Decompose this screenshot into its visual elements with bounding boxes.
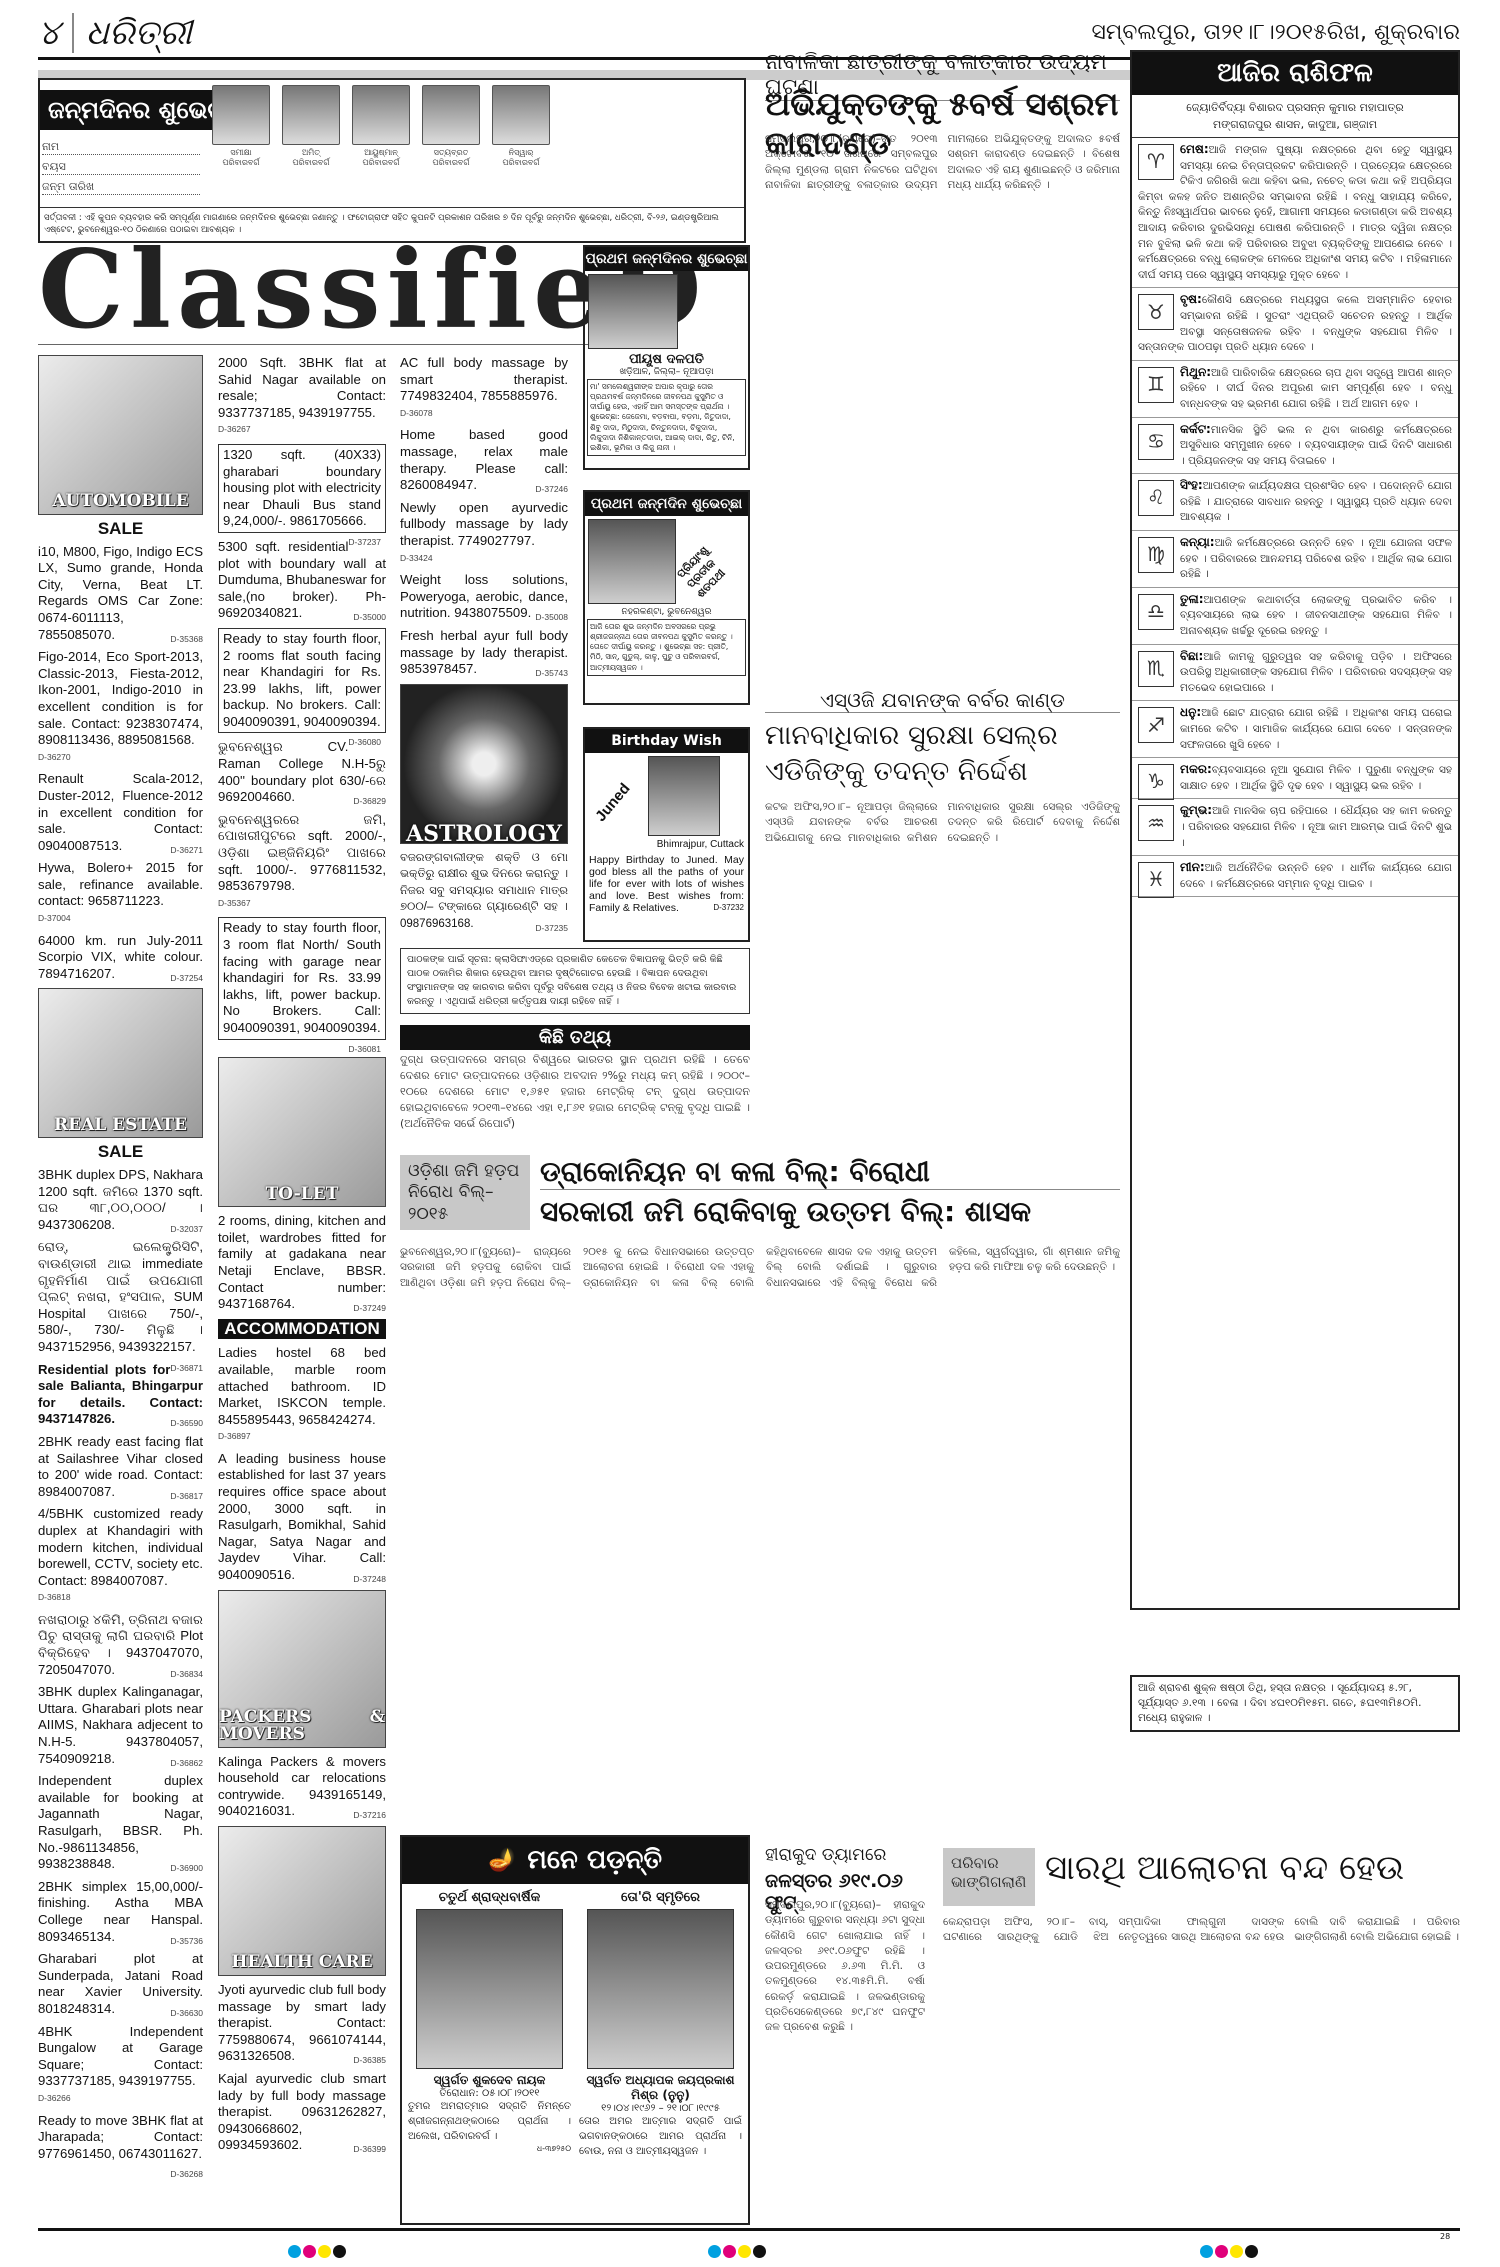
classified-ad-boxed: Ready to stay fourth floor, 3 room flat … [218,917,386,1039]
ad-code: D-36267 [218,421,386,438]
ad-code: ଧ-୩୭୨୫୦ [408,2144,571,2154]
classified-ad: 3BHK duplex DPS, Nakhara 1200 sqft. ଜମିର… [38,1167,203,1233]
automobile-label: AUTOMOBILE [52,493,188,510]
birthday-wish-juned: Birthday Wish Juned Bhimrajpur, Cuttack … [583,727,750,942]
classified-ad: A leading business house established for… [218,1451,386,1584]
obituary-right: ତୋ'ରି ସ୍ମୃତିରେ ସ୍ୱର୍ଗତ ଅଧ୍ୟାପକ ଜୟପ୍ରକାଶ … [579,1890,742,2159]
obituary-date: ତିରୋଧାନ: ୦୫।୦୮।୨୦୧୧ [408,2088,571,2099]
libra-icon: ♎ [1138,594,1174,630]
rashi-name: କର୍କଟ: [1180,422,1211,436]
obituary-band: 🪔ମନେ ପଡ଼ନ୍ତି [402,1837,748,1884]
ad-code: D-35000 [353,609,386,626]
classified-ad: 4BHK Independent Bungalow at Garage Squa… [38,2024,203,2107]
kid-photo [492,85,550,145]
kid-name: ଆୟୁଷ୍ମାନ୍ [352,148,410,158]
kid-photo [282,85,340,145]
rashi-entry-scorpio: ♏ବିଛା:ଆଜି କାମକୁ ଗୁରୁତ୍ୱର ସହ କରିବାକୁ ପଡ଼ି… [1132,645,1458,702]
coupon-field-age: ବୟସ [42,160,200,175]
story2-kicker: ଏସ୍‌ଓଜି ଯବାନଙ୍କ ବର୍ବର କାଣ୍ଡ [765,688,1120,713]
ad-text: Ready to stay fourth floor, 3 room flat … [223,920,381,1035]
classified-ad: Figo-2014, Eco Sport-2013, Classic-2013,… [38,649,203,765]
kid-photo-card: ନିସ୍ୱାର୍ପରିବାରବର୍ଗ [492,85,550,168]
ad-text: Kajal ayurvedic club smart lady by full … [218,2071,386,2152]
kid-family: ପରିବାରବର୍ଗ [282,158,340,168]
cyan-dot-icon [288,2245,301,2258]
classified-column-3: AC full body massage by smart therapist.… [400,355,568,939]
classified-ad-boxed: Ready to stay fourth floor, 2 rooms flat… [218,628,386,734]
classified-ad: Independent duplex available for booking… [38,1773,203,1873]
story5-headline: ସାରଥି ଆଲୋଚନା ବନ୍ଦ ହେଉ [1045,1848,1465,1888]
wish-title: ପ୍ରଥମ ଜନ୍ମଦିନ ଶୁଭେଚ୍ଛା [585,492,748,516]
obituary-heading: ଚତୁର୍ଥ ଶ୍ରାଦ୍ଧବାର୍ଷିକ [408,1890,571,1905]
ad-code: D-36818 [38,1589,203,1606]
classified-ad: ବଜରଙ୍ଗବାଲୀଙ୍କ ଶକ୍ତି ଓ ମୋ ଭକ୍ତିରୁ ରାକ୍ଷୀର… [400,850,568,933]
cancer-icon: ♋ [1138,424,1174,460]
cmyk-registration-marks [1200,2245,1258,2258]
realestate-category-image: REAL ESTATE [38,988,203,1138]
classified-ad: AC full body massage by smart therapist.… [400,355,568,421]
rashi-name: ମକର: [1180,762,1212,776]
rashi-entry-leo: ♌ସିଂହ:ଆପଣଙ୍କ କାର୍ଯ୍ୟଦକ୍ଷତା ପ୍ରଶଂସିତ ହେବ … [1132,474,1458,531]
classified-ad: 2000 Sqft. 3BHK flat at Sahid Nagar avai… [218,355,386,438]
ad-text: A leading business house established for… [218,1451,386,1582]
ad-text: ଭୁବନେଶ୍ୱରରେ ଜମି, ପୋଖରୀପୁଟରେ sqft. 2000/-… [218,812,386,893]
rashi-text: ଆଜି ମଙ୍ଗଳ ପୁଷ୍ୟା ନକ୍ଷତ୍ରରେ ଥିବା ହେତୁ ସ୍ୱ… [1138,144,1452,281]
ad-text: 2000 Sqft. 3BHK flat at Sahid Nagar avai… [218,355,386,420]
rashi-name: କନ୍ୟା: [1180,535,1215,549]
ad-code: D-36829 [353,793,386,810]
classified-ad-boxed: 1320 sqft. (40X33) gharabari boundary ho… [218,444,386,533]
ad-text: i10, M800, Figo, Indigo ECS LX, Sumo gra… [38,544,203,642]
paper-name: ଧରିତ୍ରୀ [72,13,192,53]
wish-title: Birthday Wish [585,729,748,753]
kid-family: ପରିବାରବର୍ଗ [422,158,480,168]
rashi-entry-capricorn: ♑ମକର:ବ୍ୟବସାୟରେ ନୂଆ ସୁଯୋଗ ମିଳିବ । ପୁରୁଣା … [1132,758,1458,799]
aquarius-icon: ♒ [1138,805,1174,841]
ad-code: D-33424 [400,550,568,567]
first-birthday-wish-2: ପ୍ରଥମ ଜନ୍ମଦିନ ଶୁଭେଚ୍ଛା ପ୍ରିୟାଂଶୁ ପ୍ରତୀକ … [583,490,750,705]
ad-code: D-37004 [38,910,203,927]
magenta-dot-icon [1215,2245,1228,2258]
virgo-icon: ♍ [1138,537,1174,573]
ad-text: Independent duplex available for booking… [38,1773,203,1871]
yellow-dot-icon [318,2245,331,2258]
ad-code: D-35736 [170,1933,203,1950]
ad-code: D-35743 [535,665,568,682]
kid-photo-card: ସତ୍ୟବ୍ରତପରିବାରବର୍ଗ [422,85,480,168]
automobile-category-image: AUTOMOBILE [38,355,203,515]
packers-label: PACKERS & MOVERS [219,1709,385,1742]
birthday-coupon: ଜନ୍ମଦିନର ଶୁଭେଚ୍ଛା ନାମ ବୟସ ଜନ୍ମ ତାରିଖ ସମୀ… [38,78,746,243]
ad-code: D-36268 [170,2166,203,2183]
ad-code: D-37216 [353,1807,386,1824]
rashi-entry-gemini: ♊ମିଥୁନ:ଆଜି ପାରିବାରିକ କ୍ଷେତ୍ରରେ ଚାପ ଥିବା … [1132,361,1458,418]
rashi-entry-cancer: ♋କର୍କଟ:ମାନସିକ ସ୍ଥିତି ଭଲ ନ ଥିବା କାରଣରୁ କର… [1132,418,1458,475]
rashi-entry-taurus: ♉ବୃଷ:କୌଣସି କ୍ଷେତ୍ରରେ ମଧ୍ୟସ୍ଥତା କଲେ ଅସମ୍ମ… [1132,288,1458,360]
classified-ad: Hywa, Bolero+ 2015 for sale, refinance a… [38,860,203,926]
first-birthday-wish-1: ପ୍ରଥମ ଜନ୍ମଦିନର ଶୁଭେଚ୍ଛା ପୀୟୂଷ ଦଳପତି ଖଡ଼ି… [583,245,750,470]
story5-tag: ପରିବାର ଭାଙ୍ଗିଗଲାଣି [943,1848,1035,1906]
rashi-text: ଆଜି ଅର୍ଥନୈତିକ ଉନ୍ନତି ହେବ । ଧାର୍ମିକ କାର୍ଯ… [1180,862,1452,890]
reader-notice: ପାଠକଙ୍କ ପାଇଁ ସୂଚନା: କ୍ଲାସିଫାଏଡ୍‌ରେ ପ୍ରକା… [400,948,750,1014]
story3-headline-1: ଡ୍ରାକୋନିୟନ ବା କଳା ବିଲ୍: ବିରୋଧୀ [540,1155,1120,1190]
wish-message: ମା' ସମଲେଶ୍ୱରୀଙ୍କ ଅପାର କୃପାରୁ ତୋର ପ୍ରଥମବର… [587,379,746,456]
obituary-message: ତୁମର ଅମରାତ୍ମାର ସଦ୍‌ଗତି ନିମନ୍ତେ ଶ୍ରୀଜଗନ୍ନ… [408,2099,571,2144]
ad-text: 1320 sqft. (40X33) gharabari boundary ho… [223,447,381,528]
rashifal-title: ଆଜିର ରାଶିଫଳ [1132,52,1458,95]
rashi-entry-libra: ♎ତୁଳା:ଆପଣଙ୍କ କଥାବାର୍ତ୍ତା ଲୋକଙ୍କୁ ପ୍ରଭାବି… [1132,588,1458,645]
panchanga-box: ଆଜି ଶ୍ରାବଣ ଶୁକ୍ଳ ଷଷ୍ଠୀ ତିଥି, ହସ୍ତା ନକ୍ଷତ… [1130,1675,1460,1732]
ad-text: Ladies hostel 68 bed available, marble r… [218,1345,386,1426]
leo-icon: ♌ [1138,480,1174,516]
wish-message: ଆଜି ତୋର ଶୁଭ ଜନ୍ମଦିନ ଅବସରରେ ପ୍ରଭୁ ଶ୍ରୀଜଗନ… [587,619,746,676]
classified-ad: Home based good massage, relax male ther… [400,427,568,493]
obituary-photo [587,1909,734,2069]
wish-title: ପ୍ରଥମ ଜନ୍ମଦିନର ଶୁଭେଚ୍ଛା [585,247,748,271]
obituary-date: ୧୨।୦୪।୧୯୬୨ – ୨୧।୦୮।୧୯୯୫ [579,2103,742,2114]
classified-ad: Renault Scala-2012, Duster-2012, Fluence… [38,771,203,854]
ad-code: D-36399 [353,2141,386,2158]
facts-title: କିଛି ତଥ୍ୟ [400,1025,750,1050]
ad-text: AC full body massage by smart therapist.… [400,355,568,403]
scorpio-icon: ♏ [1138,651,1174,687]
classified-ad: Kalinga Packers & movers household car r… [218,1754,386,1820]
ad-code: D-35008 [535,609,568,626]
kid-photo [352,85,410,145]
rashi-name: ମେଷ: [1180,142,1209,156]
story4-body: ସମ୍ବଲପୁର,୨୦।୮(ବ୍ୟୁରୋ)– ହୀରାକୁଦ ଡ୍ୟାମରେ ଗ… [765,1898,925,2223]
ad-code: D-37237 [348,534,381,551]
classified-ad: Weight loss solutions, Poweryoga, aerobi… [400,572,568,622]
ad-text: 4/5BHK customized ready duplex at Khanda… [38,1506,203,1587]
ad-text: 2 rooms, dining, kitchen and toilet, war… [218,1213,386,1311]
ad-code: D-36266 [38,2090,203,2107]
rashi-name: ମିଥୁନ: [1180,365,1211,379]
obituary-band-title: ମନେ ପଡ଼ନ୍ତି [527,1845,662,1876]
rashi-text: ଆଜି ଛୋଟ ଯାତ୍ରାର ଯୋଗ ରହିଛି । ଅଧିକାଂଶ ସମୟ … [1180,707,1452,750]
rashi-name: ସିଂହ: [1180,478,1203,492]
obituary-section: 🪔ମନେ ପଡ଼ନ୍ତି ଚତୁର୍ଥ ଶ୍ରାଦ୍ଧବାର୍ଷିକ ସ୍ୱର୍… [400,1835,750,2225]
diya-lamp-icon: 🪔 [488,1848,515,1873]
ad-code: D-36862 [170,1755,203,1772]
classified-ad: Jyoti ayurvedic club full body massage b… [218,1982,386,2065]
rashi-entry-pisces: ♓ମୀନ:ଆଜି ଅର୍ଥନୈତିକ ଉନ୍ନତି ହେବ । ଧାର୍ମିକ … [1132,856,1458,897]
classified-ad: ରୋଡ୍, ଇଲେକ୍ଟ୍ରିସିଟି, ବାଉଣ୍ଡାରୀ ଥାଇ immed… [38,1239,203,1355]
kid-family: ପରିବାରବର୍ଗ [352,158,410,168]
ad-code: D-36078 [400,405,568,422]
rashi-text: ମାନସିକ ସ୍ଥିତି ଭଲ ନ ଥିବା କାରଣରୁ କର୍ମକ୍ଷେତ… [1180,424,1452,467]
ad-text: 4BHK Independent Bungalow at Garage Squa… [38,2024,203,2089]
story3-headline-2: ସରକାରୀ ଜମି ରୋକିବାକୁ ଉତ୍ତମ ବିଲ୍: ଶାସକ [540,1195,1120,1229]
rashi-text: ଆଜି ପାରିବାରିକ କ୍ଷେତ୍ରରେ ଚାପ ଥିବା ସତ୍ତ୍ୱେ… [1180,367,1452,410]
obituary-left: ଚତୁର୍ଥ ଶ୍ରାଦ୍ଧବାର୍ଷିକ ସ୍ୱର୍ଗତ ଶୁକଦେବ ନାୟ… [408,1890,571,2159]
black-dot-icon [333,2245,346,2258]
astrology-label: ASTROLOGY [406,826,562,843]
gemini-icon: ♊ [1138,367,1174,403]
rashi-name: ମୀନ: [1180,860,1205,874]
classified-ad: Newly open ayurvedic fullbody massage by… [400,500,568,566]
ad-code: D-36080 [348,734,381,751]
classified-ad: 64000 km. run July-2011 Scorpio VIX, whi… [38,933,203,983]
rashi-entry-aquarius: ♒କୁମ୍ଭ:ଆଜି ମାନସିକ ଚାପ ରହିପାରେ । ଧୈର୍ଯ୍ୟର… [1132,799,1458,856]
kid-name: ସମୀକ୍ଷା [212,148,270,158]
rashifal-panel: ଆଜିର ରାଶିଫଳ ଜ୍ୟୋତିର୍ବିଦ୍ୟା ବିଶାରଦ ପ୍ରସନ୍… [1130,50,1460,1610]
rashi-text: ଆଜି ମାନସିକ ଚାପ ରହିପାରେ । ଧୈର୍ଯ୍ୟର ସହ କାମ… [1180,805,1452,848]
rashi-text: ଆଜି କାମକୁ ଗୁରୁତ୍ୱର ସହ କରିବାକୁ ପଡ଼ିବ । ଅଫ… [1180,651,1452,694]
rashi-text: ଆପଣଙ୍କ କଥାବାର୍ତ୍ତା ଲୋକଙ୍କୁ ପ୍ରଭାବିତ କରିବ… [1180,594,1452,637]
astrologer-address: ମଙ୍ଗରାଜପୁର ଶାସନ, କାଦୁଆ, ଗଞ୍ଜାମ [1136,116,1454,133]
kid-photo-card: ସମୀକ୍ଷାପରିବାରବର୍ଗ [212,85,270,168]
ad-code: D-36630 [170,2005,203,2022]
ad-code: D-37235 [535,920,568,937]
classified-ad: 2 rooms, dining, kitchen and toilet, war… [218,1213,386,1313]
magenta-dot-icon [723,2245,736,2258]
black-dot-icon [753,2245,766,2258]
ad-code: D-37248 [353,1571,386,1588]
dateline: ସମ୍ବଲପୁର, ତା୨୧।୮।୨୦୧୫ରିଖ, ଶୁକ୍ରବାର [1092,20,1460,45]
classified-ad: Kajal ayurvedic club smart lady by full … [218,2071,386,2154]
classified-ad: Gharabari plot at Sunderpada, Jatani Roa… [38,1951,203,2017]
rashi-entry-sagittarius: ♐ଧନୁ:ଆଜି ଛୋଟ ଯାତ୍ରାର ଯୋଗ ରହିଛି । ଅଧିକାଂଶ… [1132,701,1458,758]
sale-heading: SALE [38,521,203,538]
packers-category-image: PACKERS & MOVERS [218,1590,386,1748]
ad-code: D-36897 [218,1428,386,1445]
classified-ad: Fresh herbal ayur full body massage by l… [400,628,568,678]
story3-tag: ଓଡ଼ିଶା ଜମି ହଡ଼ପ ନିରୋଧ ବିଲ୍–୨୦୧୫ [400,1155,530,1230]
obituary-name: ସ୍ୱର୍ଗତ ଶୁକଦେବ ନାୟକ [408,2073,571,2088]
rashi-name: ବିଛା: [1180,649,1203,663]
child-name: Juned [592,768,644,825]
ad-text: 5300 sqft. residential plot with boundar… [218,539,386,620]
ad-code: D-35367 [218,895,386,912]
coupon-field-dob: ଜନ୍ମ ତାରିଖ [42,180,200,195]
aries-icon: ♈ [1138,144,1174,180]
cmyk-registration-marks [708,2245,766,2258]
classified-column-1: AUTOMOBILE SALE i10, M800, Figo, Indigo … [38,355,203,2183]
child-place: ଖଡ଼ିଆଳ, ଜିଲ୍ଲା– ନୂଆପଡ଼ା [585,367,748,377]
kid-family: ପରିବାରବର୍ଗ [492,158,550,168]
healthcare-label: HEALTH CARE [231,1954,372,1971]
ad-text: Newly open ayurvedic fullbody massage by… [400,500,568,548]
rashi-text: ଆଜି କର୍ମକ୍ଷେତ୍ରରେ ଉନ୍ନତି ହେବ । ନୂଆ ଯୋଜନା… [1180,537,1452,580]
sagittarius-icon: ♐ [1138,707,1174,743]
astrologer-name: ଜ୍ୟୋତିର୍ବିଦ୍ୟା ବିଶାରଦ ପ୍ରସନ୍ନ କୁମାର ମହାପ… [1136,99,1454,116]
ad-code: D-36900 [170,1860,203,1877]
accommodation-heading: ACCOMMODATION [218,1319,386,1340]
classified-logo: ClassifieD [38,245,593,345]
child-photo [648,756,720,836]
kid-name: ସତ୍ୟବ୍ରତ [422,148,480,158]
ad-code: D-36590 [170,1415,203,1432]
ad-text: Renault Scala-2012, Duster-2012, Fluence… [38,771,203,852]
facts-text: ଦୁଗ୍ଧ ଉତ୍ପାଦନରେ ସମଗ୍ର ବିଶ୍ୱରେ ଭାରତର ସ୍ଥା… [400,1052,750,1137]
story5-body: କେନ୍ଦ୍ରାପଡ଼ା ଅଫିସ, ୨୦।୮– ବାସ୍, ଘଟଣାରେ ସା… [943,1915,1460,2225]
ad-text: Figo-2014, Eco Sport-2013, Classic-2013,… [38,649,203,747]
ad-code: D-36385 [353,2052,386,2069]
page-code: 28 [1440,2232,1450,2241]
healthcare-category-image: HEALTH CARE [218,1826,386,1976]
cmyk-registration-marks [288,2245,346,2258]
ad-code: D-36834 [170,1666,203,1683]
magenta-dot-icon [303,2245,316,2258]
ad-code: D-36817 [170,1488,203,1505]
tolet-category-image: TO-LET [218,1057,386,1207]
ad-text: Hywa, Bolero+ 2015 for sale, refinance a… [38,860,203,908]
ad-text: 3BHK duplex Kalinganagar, Uttara. Gharab… [38,1684,203,1765]
story4-headline-1: ହୀରାକୁଦ ଡ୍ୟାମରେ [765,1845,925,1865]
child-photo [588,519,676,604]
ad-code: D-35368 [170,631,203,648]
black-dot-icon [1245,2245,1258,2258]
ad-code: D-36271 [170,842,203,859]
yellow-dot-icon [738,2245,751,2258]
story2-body: କଟକ ଅଫିସ,୨୦।୮– ନୂଆପଡ଼ା ଜିଲ୍ଲାରେ ଏସ୍‌ଓଜି … [765,800,1120,1135]
pisces-icon: ♓ [1138,862,1174,898]
ad-text: ରୋଡ୍, ଇଲେକ୍ଟ୍ରିସିଟି, ବାଉଣ୍ଡାରୀ ଥାଇ immed… [38,1239,203,1354]
rashi-text: ବ୍ୟବସାୟରେ ନୂଆ ସୁଯୋଗ ମିଳିବ । ପୁରୁଣା ବନ୍ଧୁ… [1180,764,1452,792]
cyan-dot-icon [1200,2245,1213,2258]
astrology-zodiac-wheel-image: ASTROLOGY [400,684,568,844]
obituary-photo [416,1909,563,2069]
kid-name: ନିସ୍ୱାର୍ [492,148,550,158]
rashi-name: ତୁଳା: [1180,592,1204,606]
footer-rule [38,2228,1460,2231]
ad-text: ବଜରଙ୍ଗବାଲୀଙ୍କ ଶକ୍ତି ଓ ମୋ ଭକ୍ତିରୁ ରାକ୍ଷୀର… [400,852,568,930]
story2-headline: ମାନବାଧିକାର ସୁରକ୍ଷା ସେଲ୍‌ର ଏଡିଜିଙ୍କୁ ତଦନ୍… [765,718,1120,790]
kid-family: ପରିବାରବର୍ଗ [212,158,270,168]
rashi-entry-virgo: ♍କନ୍ୟା:ଆଜି କର୍ମକ୍ଷେତ୍ରରେ ଉନ୍ନତି ହେବ । ନୂ… [1132,531,1458,588]
classified-ad: 3BHK duplex Kalinganagar, Uttara. Gharab… [38,1684,203,1767]
kid-name: ଅମିତ୍ [282,148,340,158]
ad-text: Ready to stay fourth floor, 2 rooms flat… [223,631,381,729]
child-name: ପ୍ରିୟାଂଶୁ ପ୍ରତୀକ ଶତପଥୀ [675,522,753,600]
rashi-text: ଆପଣଙ୍କ କାର୍ଯ୍ୟଦକ୍ଷତା ପ୍ରଶଂସିତ ହେବ । ପଦୋନ… [1180,480,1452,523]
classified-ad: Ready to move 3BHK flat at Jharapada; Co… [38,2113,203,2163]
obituary-heading: ତୋ'ରି ସ୍ମୃତିରେ [579,1890,742,1905]
coupon-field-name: ନାମ [42,140,200,155]
obituary-name: ସ୍ୱର୍ଗତ ଅଧ୍ୟାପକ ଜୟପ୍ରକାଶ ମିଶ୍ର (ନୁନୁ) [579,2073,742,2103]
realestate-label: REAL ESTATE [54,1117,187,1134]
ad-code: D-32037 [170,1221,203,1238]
page-header: ୪ଧରିତ୍ରୀ [38,13,192,53]
rashi-name: ଧନୁ: [1180,705,1201,719]
wish-message: Happy Birthday to Juned. May god bless a… [585,850,748,918]
classified-ad: Ladies hostel 68 bed available, marble r… [218,1345,386,1445]
re-sale-heading: SALE [38,1144,203,1161]
child-place: ନହରକଣ୍ଟା, ଭୁବନେଶ୍ୱର [585,607,748,617]
rashi-name: କୁମ୍ଭ: [1180,803,1212,817]
ad-code: D-37249 [353,1300,386,1317]
classified-ad: i10, M800, Figo, Indigo ECS LX, Sumo gra… [38,544,203,644]
tolet-label: TO-LET [266,1186,339,1203]
classified-column-2: 2000 Sqft. 3BHK flat at Sahid Nagar avai… [218,355,386,2160]
rashi-name: ବୃଷ: [1180,292,1202,306]
ad-text: Ready to move 3BHK flat at Jharapada; Co… [38,2113,203,2161]
yellow-dot-icon [1230,2245,1243,2258]
capricorn-icon: ♑ [1138,764,1174,800]
ad-code: D-37232 [713,902,744,914]
classified-ad: 2BHK simplex 15,00,000/- finishing. Asth… [38,1879,203,1945]
ad-code: D-36871 [170,1360,203,1377]
child-place: Bhimrajpur, Cuttack [585,839,748,850]
child-name: ପୀୟୂଷ ଦଳପତି [585,352,748,367]
kid-photo [212,85,270,145]
classified-ad: ନଖରାଠାରୁ ୪କିମି, ତ୍ରିନାଥ ବଜାର ପିଚୁ ରାସ୍ତା… [38,1612,203,1678]
ad-code: D-36270 [38,749,203,766]
page-number: ୪ [38,13,60,53]
obituary-message: ତୋର ଅମର ଆତ୍ମାର ସଦ୍‌ଗତି ପାଇଁ ଭଗବାନଙ୍କଠାରେ… [579,2114,742,2159]
classified-ad: 2BHK ready east facing flat at Sailashre… [38,1434,203,1500]
cyan-dot-icon [708,2245,721,2258]
child-photo [588,274,678,349]
story3-body: ଭୁବନେଶ୍ୱର,୨୦।୮(ବ୍ୟୁରୋ)– ରାଜ୍ୟରେ ସରକାରୀ ଜ… [400,1245,1120,1765]
ad-text: Jyoti ayurvedic club full body massage b… [218,1982,386,2063]
classified-ad: ଭୁବନେଶ୍ୱରରେ ଜମି, ପୋଖରୀପୁଟରେ sqft. 2000/-… [218,812,386,912]
kid-photo [422,85,480,145]
ad-code: D-37246 [535,481,568,498]
story1-body: ସମ୍ବଲପୁର,୨୦।୮(ବ୍ୟୁରୋ)–ଗତ ୨୦୧୩ ଅକ୍ଟୋବର ୧୦… [765,132,1120,672]
ad-code: D-37254 [170,970,203,987]
rashi-entry-aries: ♈ମେଷ:ଆଜି ମଙ୍ଗଳ ପୁଷ୍ୟା ନକ୍ଷତ୍ରରେ ଥିବା ହେତ… [1132,138,1458,288]
ad-code: D-36081 [348,1041,381,1058]
kid-photo-card: ଅମିତ୍ପରିବାରବର୍ଗ [282,85,340,168]
classified-ad: 4/5BHK customized ready duplex at Khanda… [38,1506,203,1606]
taurus-icon: ♉ [1138,294,1174,330]
classified-ad: 5300 sqft. residential plot with boundar… [218,539,386,622]
kid-photo-card: ଆୟୁଷ୍ମାନ୍ପରିବାରବର୍ଗ [352,85,410,168]
rashifal-astrologer: ଜ୍ୟୋତିର୍ବିଦ୍ୟା ବିଶାରଦ ପ୍ରସନ୍ନ କୁମାର ମହାପ… [1132,95,1458,138]
